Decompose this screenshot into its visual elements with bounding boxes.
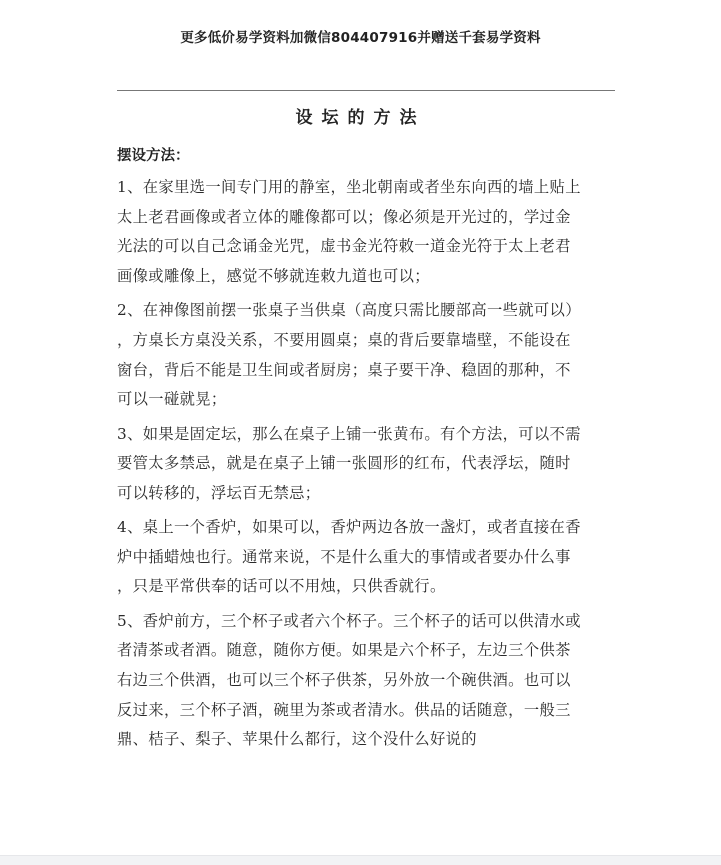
text-line: 炉中插蜡烛也行。通常来说，不是什么重大的事情或者要办什么事 bbox=[117, 543, 617, 573]
text-line: 4、桌上一个香炉，如果可以，香炉两边各放一盏灯，或者直接在香 bbox=[117, 513, 617, 543]
page-title: 设坛的方法 bbox=[0, 103, 721, 128]
text-line: 光法的可以自己念诵金光咒，虚书金光符敕一道金光符于太上老君 bbox=[117, 232, 617, 262]
header-divider bbox=[117, 90, 615, 91]
text-line: 右边三个供酒，也可以三个杯子供茶，另外放一个碗供酒。也可以 bbox=[117, 666, 617, 696]
paragraph-3: 3、如果是固定坛，那么在桌子上铺一张黄布。有个方法，可以不需 要管太多禁忌，就是… bbox=[117, 420, 617, 509]
text-line: 可以转移的，浮坛百无禁忌； bbox=[117, 479, 617, 509]
body-text: 1、在家里选一间专门用的静室，坐北朝南或者坐东向西的墙上贴上 太上老君画像或者立… bbox=[117, 173, 617, 755]
text-line: 要管太多禁忌，就是在桌子上铺一张圆形的红布，代表浮坛，随时 bbox=[117, 449, 617, 479]
text-line: 者清茶或者酒。随意，随你方便。如果是六个杯子，左边三个供茶 bbox=[117, 636, 617, 666]
document-page: 更多低价易学资料加微信804407916并赠送千套易学资料 设坛的方法 摆设方法… bbox=[0, 0, 721, 855]
text-line: ，只是平常供奉的话可以不用烛，只供香就行。 bbox=[117, 572, 617, 602]
text-line: 3、如果是固定坛，那么在桌子上铺一张黄布。有个方法，可以不需 bbox=[117, 420, 617, 450]
paragraph-2: 2、在神像图前摆一张桌子当供桌（高度只需比腰部高一些就可以） ，方桌长方桌没关系… bbox=[117, 296, 617, 415]
text-line: 窗台，背后不能是卫生间或者厨房；桌子要干净、稳固的那种，不 bbox=[117, 356, 617, 386]
paragraph-5: 5、香炉前方，三个杯子或者六个杯子。三个杯子的话可以供清水或 者清茶或者酒。随意… bbox=[117, 607, 617, 755]
section-heading: 摆设方法： bbox=[117, 144, 190, 165]
paragraph-4: 4、桌上一个香炉，如果可以，香炉两边各放一盏灯，或者直接在香 炉中插蜡烛也行。通… bbox=[117, 513, 617, 602]
text-line: 5、香炉前方，三个杯子或者六个杯子。三个杯子的话可以供清水或 bbox=[117, 607, 617, 637]
text-line: 太上老君画像或者立体的雕像都可以；像必须是开光过的，学过金 bbox=[117, 203, 617, 233]
text-line: ，方桌长方桌没关系，不要用圆桌；桌的背后要靠墙壁，不能设在 bbox=[117, 326, 617, 356]
text-line: 反过来，三个杯子酒，碗里为茶或者清水。供品的话随意，一般三 bbox=[117, 696, 617, 726]
text-line: 可以一碰就晃； bbox=[117, 385, 617, 415]
header-note: 更多低价易学资料加微信804407916并赠送千套易学资料 bbox=[0, 26, 721, 46]
text-line: 1、在家里选一间专门用的静室，坐北朝南或者坐东向西的墙上贴上 bbox=[117, 173, 617, 203]
text-line: 鼎、桔子、梨子、苹果什么都行，这个没什么好说的 bbox=[117, 725, 617, 755]
text-line: 画像或雕像上，感觉不够就连敕九道也可以； bbox=[117, 262, 617, 292]
paragraph-1: 1、在家里选一间专门用的静室，坐北朝南或者坐东向西的墙上贴上 太上老君画像或者立… bbox=[117, 173, 617, 292]
text-line: 2、在神像图前摆一张桌子当供桌（高度只需比腰部高一些就可以） bbox=[117, 296, 617, 326]
viewer-bottom-bar bbox=[0, 855, 721, 865]
